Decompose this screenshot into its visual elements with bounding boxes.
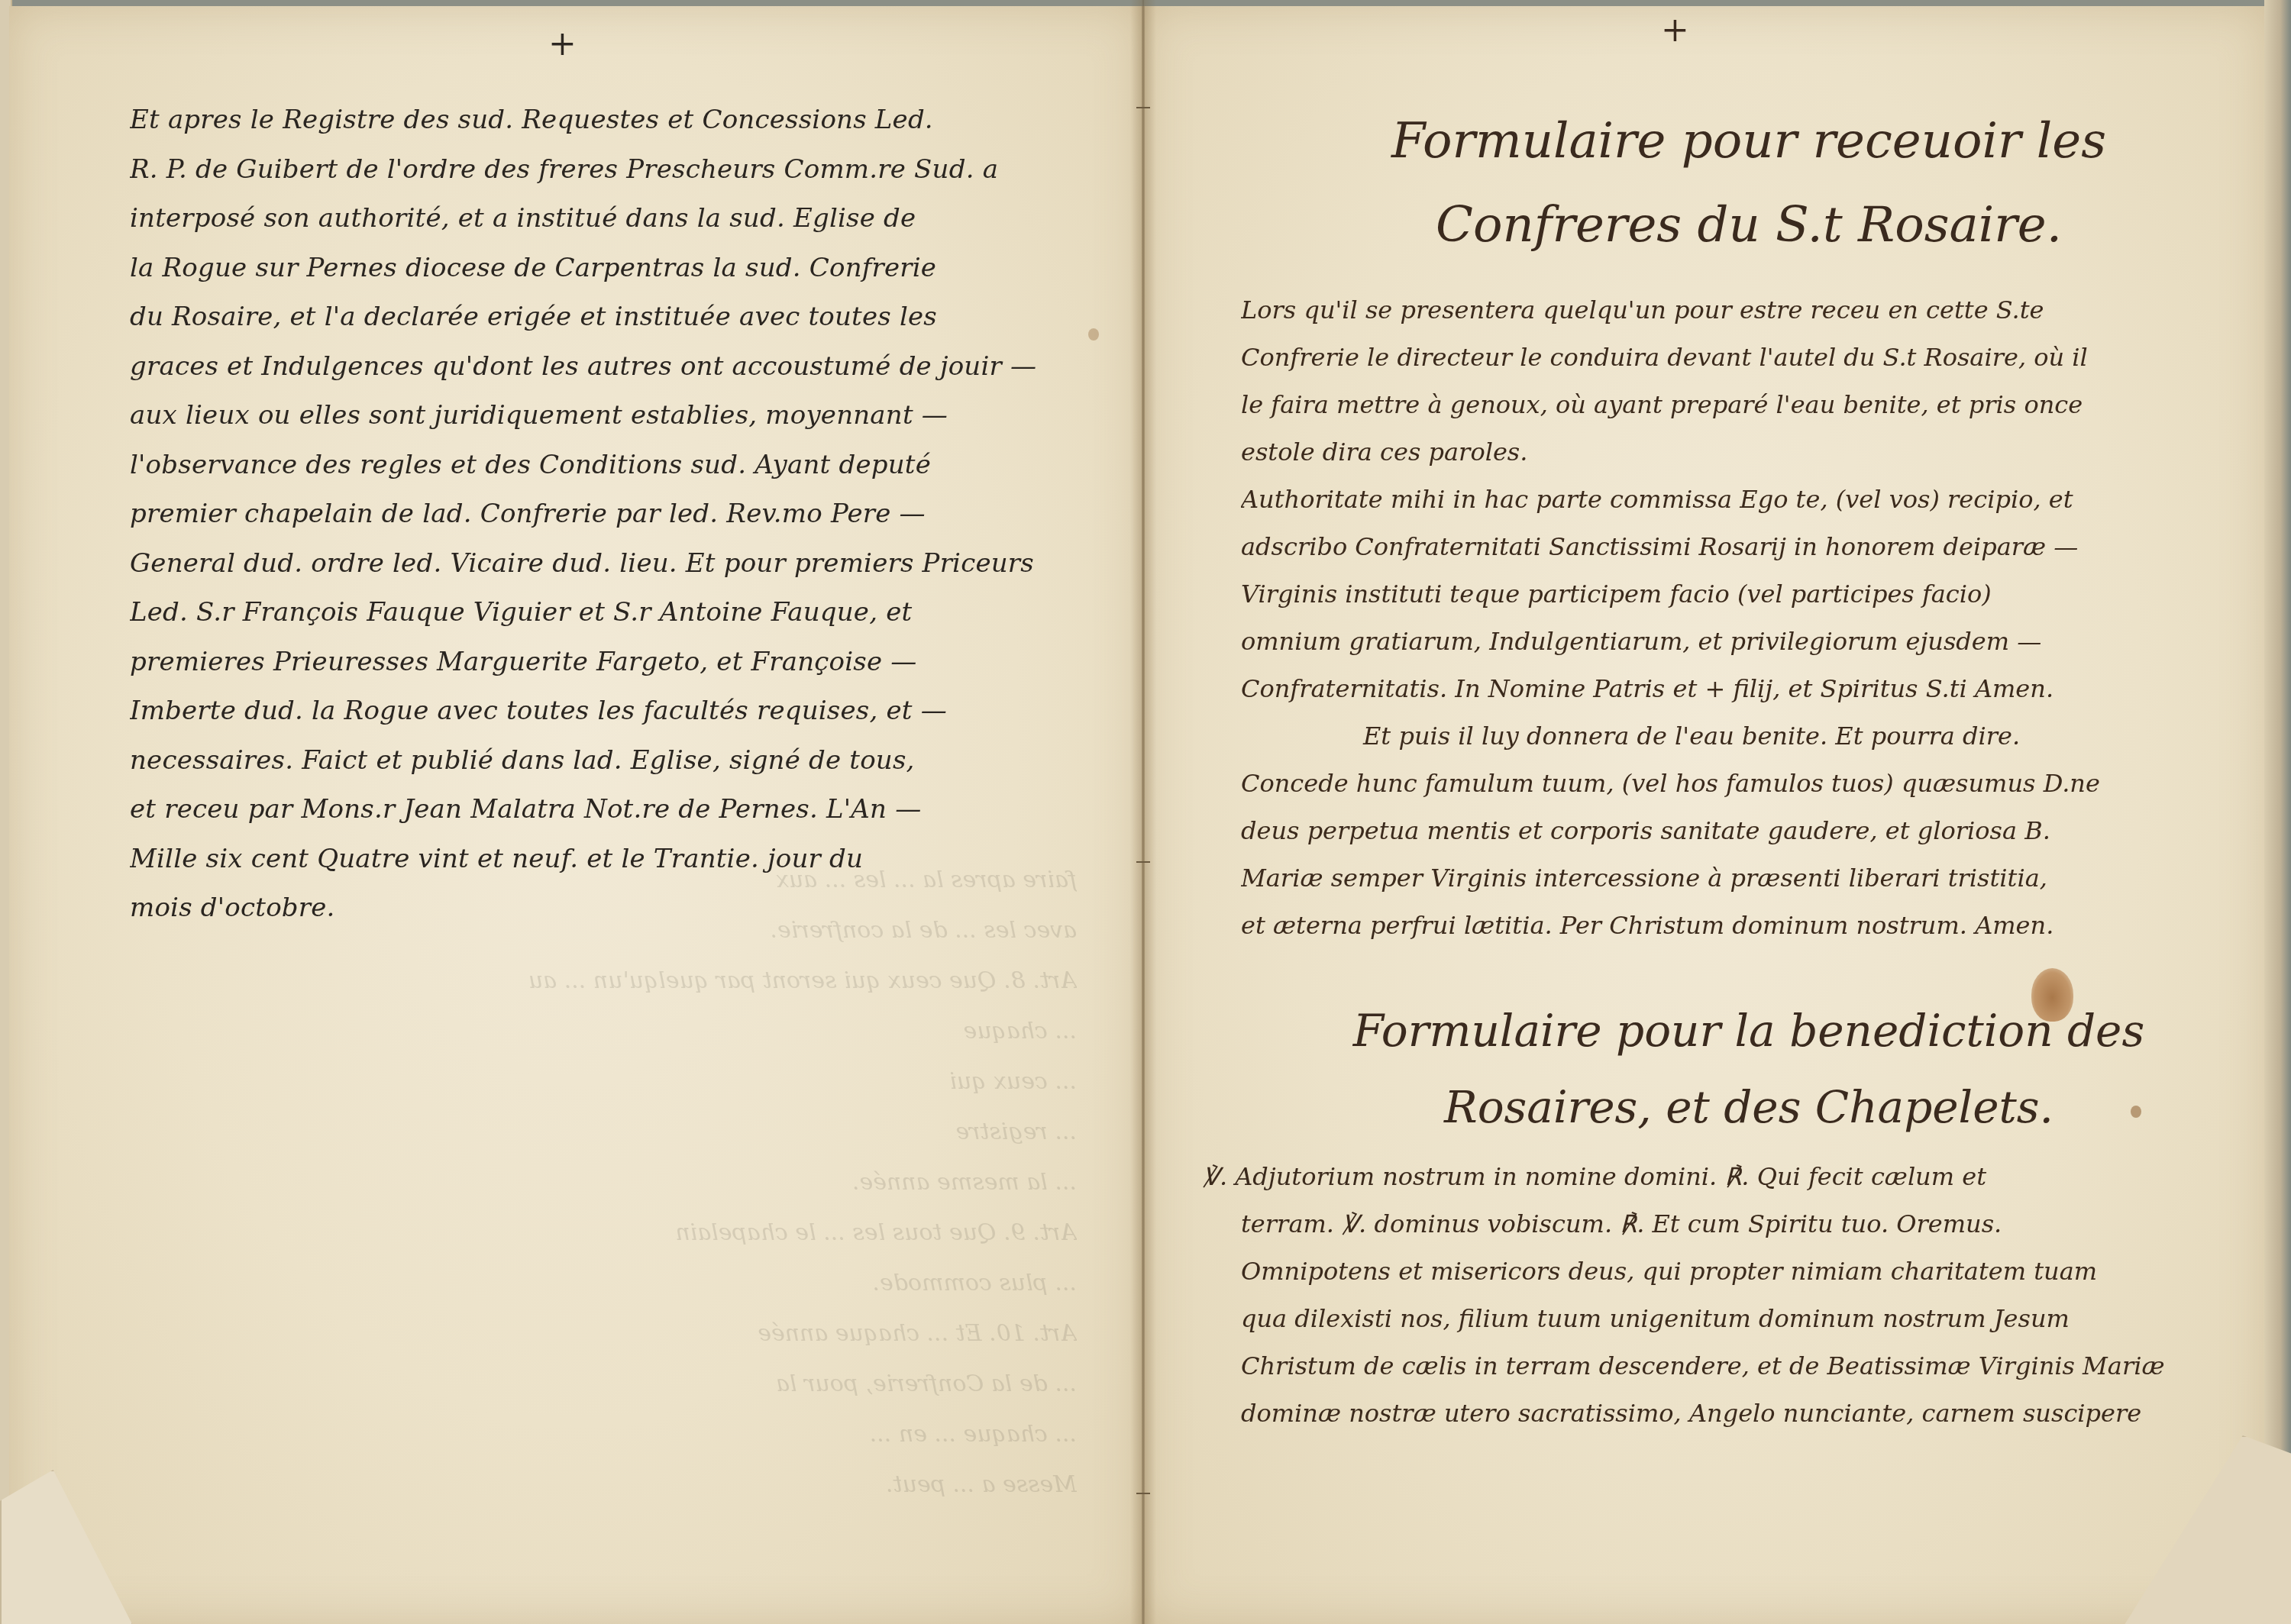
ink-spot: [1088, 328, 1099, 341]
manuscript-line: Christum de cælis in terram descendere, …: [1241, 1342, 2257, 1390]
manuscript-line: terram. ℣. dominus vobiscum. ℟. Et cum S…: [1241, 1200, 2257, 1248]
manuscript-line: Omnipotens et misericors deus, qui propt…: [1241, 1248, 2257, 1295]
manuscript-line: Confrerie le directeur le conduira devan…: [1241, 334, 2249, 381]
manuscript-line: Mille six cent Quatre vint et neuf. et l…: [130, 835, 1092, 884]
binding-stitch: [1136, 1493, 1150, 1499]
manuscript-line: qua dilexisti nos, filium tuum unigenitu…: [1241, 1295, 2257, 1342]
manuscript-line: General dud. ordre led. Vicaire dud. lie…: [130, 539, 1092, 589]
bleed-line: ... la mesme année.: [84, 1157, 1077, 1208]
blessing-formula-text: ℣. Adjutorium nostrum in nomine domini. …: [1241, 1153, 2257, 1437]
bleed-line: ... plus commode.: [84, 1258, 1077, 1309]
manuscript-line: Et apres le Registre des sud. Requestes …: [130, 95, 1092, 145]
manuscript-line: interposé son authorité, et a institué d…: [130, 194, 1092, 244]
manuscript-line: Et puis il luy donnera de l'eau benite. …: [1241, 712, 2249, 760]
formulary-title-blessing: Formulaire pour la benediction des Rosai…: [1283, 993, 2215, 1145]
bleed-line: ... chaque ... en ...: [84, 1409, 1077, 1460]
manuscript-line: mois d'octobre.: [130, 883, 1092, 933]
right-book-edge: [2264, 0, 2291, 1624]
left-page-cross-mark: +: [548, 27, 577, 61]
bleed-line: ... chaque: [84, 1006, 1077, 1057]
bleed-line: Art. 8. Que ceux qui seront par quelqu'u…: [84, 956, 1077, 1006]
title-line: Formulaire pour receuoir les: [1283, 99, 2215, 183]
binding-stitch: [1136, 107, 1150, 113]
manuscript-line: Imberte dud. la Rogue avec toutes les fa…: [130, 686, 1092, 736]
manuscript-line: premier chapelain de lad. Confrerie par …: [130, 489, 1092, 539]
formulary-title-reception: Formulaire pour receuoir les Confreres d…: [1283, 99, 2215, 267]
title-line: Formulaire pour la benediction des: [1283, 993, 2215, 1069]
left-page-bleed-through: faire apres la ... les ... aux avec les …: [84, 855, 1077, 1510]
manuscript-line: deus perpetua mentis et corporis sanitat…: [1241, 807, 2249, 854]
manuscript-line: l'observance des regles et des Condition…: [130, 441, 1092, 490]
bleed-line: Art. 9. Que tous les ... le chapelain: [84, 1208, 1077, 1258]
manuscript-line: adscribo Confraternitati Sanctissimi Ros…: [1241, 523, 2249, 570]
manuscript-line: R. P. de Guibert de l'ordre des freres P…: [130, 145, 1092, 195]
manuscript-line: omnium gratiarum, Indulgentiarum, et pri…: [1241, 618, 2249, 665]
manuscript-line: et æterna perfrui lætitia. Per Christum …: [1241, 902, 2249, 949]
manuscript-line: Led. S.r François Fauque Viguier et S.r …: [130, 588, 1092, 638]
manuscript-line: premieres Prieuresses Marguerite Fargeto…: [130, 638, 1092, 687]
manuscript-line: Concede hunc famulum tuum, (vel hos famu…: [1241, 760, 2249, 807]
manuscript-spread: + faire apres la ... les ... aux avec le…: [0, 0, 2291, 1624]
manuscript-line: du Rosaire, et l'a declarée erigée et in…: [130, 292, 1092, 342]
title-line: Confreres du S.t Rosaire.: [1283, 183, 2215, 267]
bleed-line: ... de la Confrerie, pour la: [84, 1359, 1077, 1409]
manuscript-line: la Rogue sur Pernes diocese de Carpentra…: [130, 244, 1092, 293]
manuscript-line: dominæ nostræ utero sacratissimo, Angelo…: [1241, 1390, 2257, 1437]
manuscript-line: ℣. Adjutorium nostrum in nomine domini. …: [1203, 1153, 2257, 1200]
bleed-line: Art. 10. Et ... chaque année: [84, 1309, 1077, 1359]
manuscript-line: le faira mettre à genoux, où ayant prepa…: [1241, 381, 2249, 428]
bleed-line: Messe a ... peut.: [84, 1460, 1077, 1510]
manuscript-line: Lors qu'il se presentera quelqu'un pour …: [1241, 286, 2249, 334]
bleed-line: ... ceux qui: [84, 1057, 1077, 1107]
manuscript-line: aux lieux ou elles sont juridiquement es…: [130, 391, 1092, 441]
manuscript-line: et receu par Mons.r Jean Malatra Not.re …: [130, 785, 1092, 835]
manuscript-line: Mariæ semper Virginis intercessione à pr…: [1241, 854, 2249, 902]
manuscript-line: Confraternitatis. In Nomine Patris et + …: [1241, 665, 2249, 712]
manuscript-line: necessaires. Faict et publié dans lad. E…: [130, 736, 1092, 786]
manuscript-line: Authoritate mihi in hac parte commissa E…: [1241, 476, 2249, 523]
manuscript-line: Virginis instituti teque participem faci…: [1241, 570, 2249, 618]
binding-stitch: [1136, 861, 1150, 867]
manuscript-line: estole dira ces paroles.: [1241, 428, 2249, 476]
binding-gutter: [1130, 0, 1156, 1624]
reception-formula-text: Lors qu'il se presentera quelqu'un pour …: [1241, 286, 2249, 949]
right-page-cross-mark: +: [1661, 14, 1689, 47]
left-page-text: Et apres le Registre des sud. Requestes …: [130, 95, 1092, 933]
title-line: Rosaires, et des Chapelets.: [1283, 1069, 2215, 1145]
bleed-line: ... registre: [84, 1107, 1077, 1157]
manuscript-line: graces et Indulgences qu'dont les autres…: [130, 342, 1092, 392]
